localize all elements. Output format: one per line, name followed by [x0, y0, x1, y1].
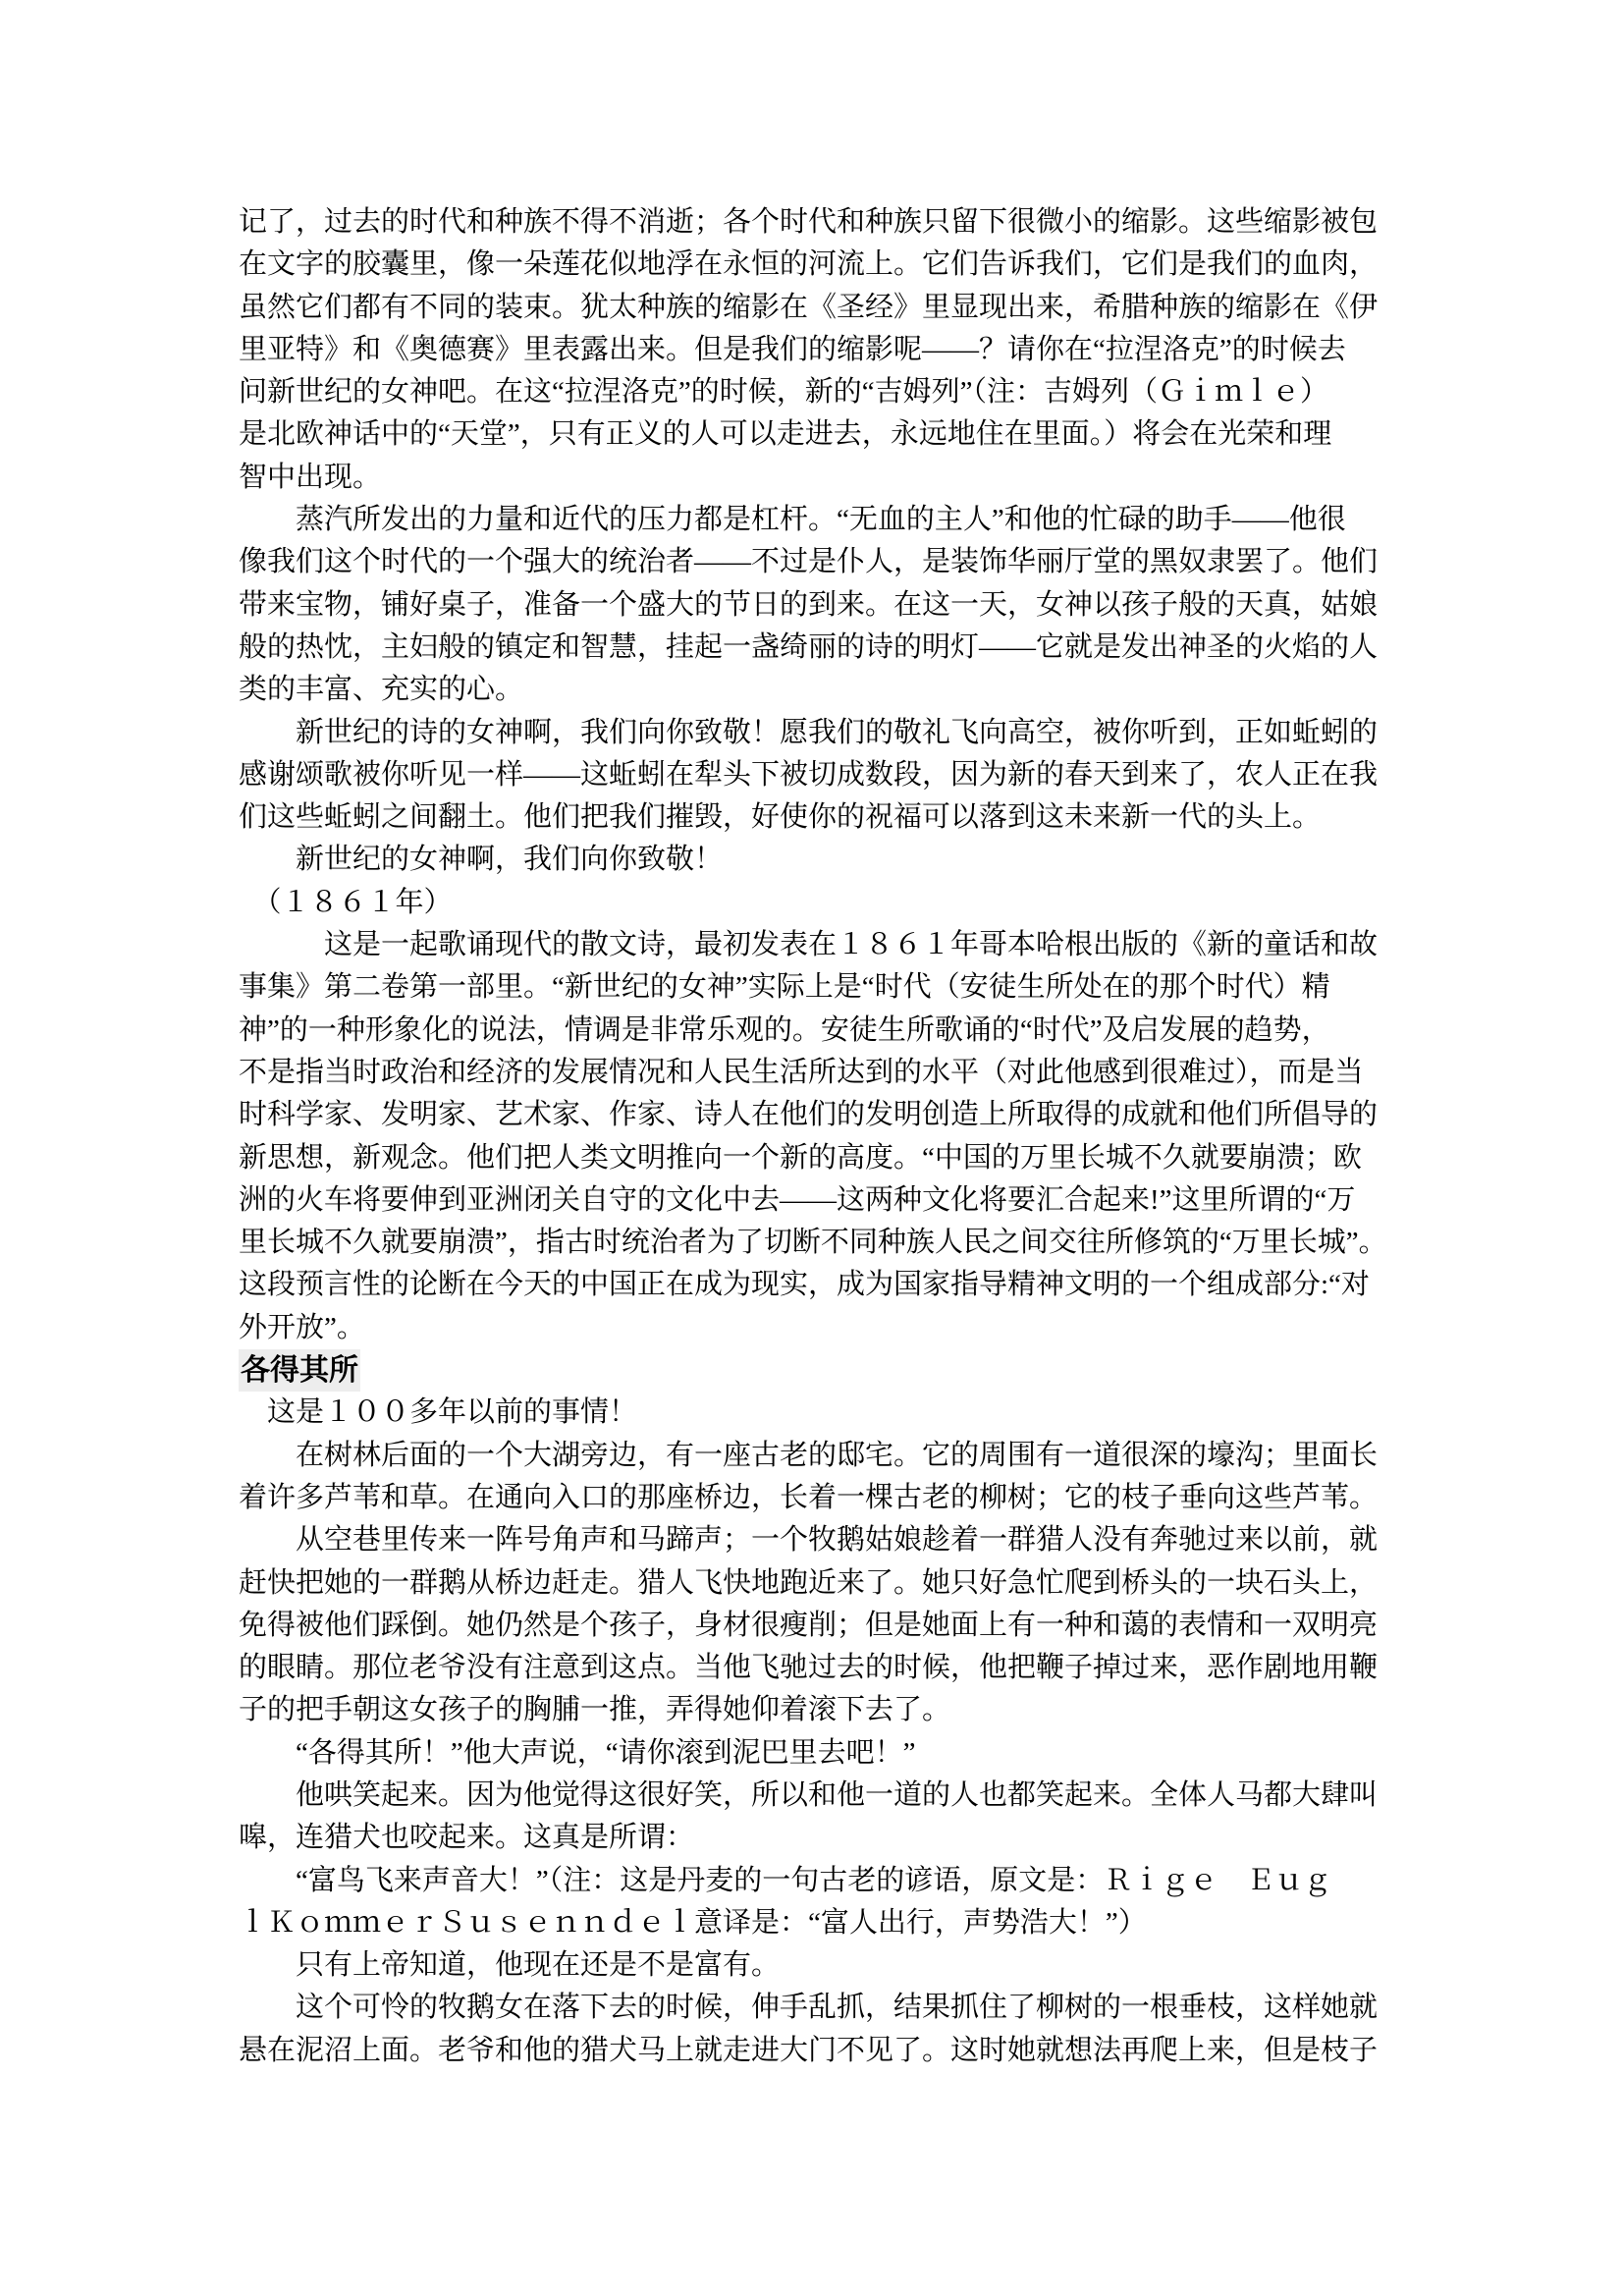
text-line: 只有上帝知道，他现在还是不是富有。 — [239, 1944, 1392, 1987]
text-line: 在树林后面的一个大湖旁边，有一座古老的邸宅。它的周围有一道很深的壕沟；里面长 — [239, 1435, 1392, 1477]
text-line: 这是一起歌诵现代的散文诗，最初发表在１８６１年哥本哈根出版的《新的童话和故 — [239, 924, 1392, 966]
section-heading-text: 各得其所 — [239, 1349, 360, 1392]
text-line: 这个可怜的牧鹅女在落下去的时候，伸手乱抓，结果抓住了柳树的一根垂枝，这样她就 — [239, 1987, 1392, 2029]
text-line: 从空巷里传来一阵号角声和马蹄声；一个牧鹅姑娘趁着一群猎人没有奔驰过来以前，就 — [239, 1519, 1392, 1561]
text-line: 免得被他们踩倒。她仍然是个孩子，身材很瘦削；但是她面上有一种和蔼的表情和一双明亮 — [239, 1605, 1392, 1647]
text-line: ｌＫｏｍｍｅｒＳｕｓｅｎｎｄｅｌ意译是：“富人出行，声势浩大！”） — [239, 1902, 1392, 1944]
text-line: 这是１００多年以前的事情！ — [239, 1392, 1392, 1434]
text-line: 的眼睛。那位老爷没有注意到这点。当他飞驰过去的时候，他把鞭子掉过来，恶作剧地用鞭 — [239, 1647, 1392, 1689]
text-line: 新思想，新观念。他们把人类文明推向一个新的高度。“中国的万里长城不久就要崩溃；欧 — [239, 1137, 1392, 1179]
text-line: 在文字的胶囊里，像一朵莲花似地浮在永恒的河流上。它们告诉我们，它们是我们的血肉， — [239, 244, 1392, 286]
text-line: “富鸟飞来声音大！”（注：这是丹麦的一句古老的谚语，原文是：Ｒｉｇｅ Ｅｕｇ — [239, 1860, 1392, 1902]
text-line: 时科学家、发明家、艺术家、作家、诗人在他们的发明创造上所取得的成就和他们所倡导的 — [239, 1094, 1392, 1136]
text-line: 感谢颂歌被你听见一样——这蚯蚓在犁头下被切成数段，因为新的春天到来了，农人正在我 — [239, 754, 1392, 796]
text-line: 洲的火车将要伸到亚洲闭关自守的文化中去——这两种文化将要汇合起来!”这里所谓的“… — [239, 1179, 1392, 1222]
text-line: 子的把手朝这女孩子的胸脯一推，弄得她仰着滚下去了。 — [239, 1689, 1392, 1731]
text-line: （１８６１年） — [239, 882, 1392, 924]
text-line: 类的丰富、充实的心。 — [239, 669, 1392, 711]
text-line: “各得其所！”他大声说，“请你滚到泥巴里去吧！” — [239, 1732, 1392, 1775]
text-line: 里长城不久就要崩溃”，指古时统治者为了切断不同种族人民之间交往所修筑的“万里长城… — [239, 1222, 1392, 1264]
text-line: 嗥，连猎犬也咬起来。这真是所谓： — [239, 1817, 1392, 1859]
text-line: 智中出现。 — [239, 457, 1392, 499]
text-line: 新世纪的女神啊，我们向你致敬！ — [239, 839, 1392, 881]
text-line: 这段预言性的论断在今天的中国正在成为现实，成为国家指导精神文明的一个组成部分:“… — [239, 1264, 1392, 1306]
text-line: 们这些蚯蚓之间翻土。他们把我们摧毁，好使你的祝福可以落到这未来新一代的头上。 — [239, 796, 1392, 839]
text-line: 蒸汽所发出的力量和近代的压力都是杠杆。“无血的主人”和他的忙碌的助手——他很 — [239, 499, 1392, 541]
text-line: 新世纪的诗的女神啊，我们向你致敬！愿我们的敬礼飞向高空，被你听到，正如蚯蚓的 — [239, 712, 1392, 754]
text-line: 像我们这个时代的一个强大的统治者——不过是仆人，是装饰华丽厅堂的黑奴隶罢了。他们 — [239, 541, 1392, 583]
document-page: 记了，过去的时代和种族不得不消逝；各个时代和种族只留下很微小的缩影。这些缩影被包… — [0, 0, 1623, 2296]
text-line: 事集》第二卷第一部里。“新世纪的女神”实际上是“时代（安徒生所处在的那个时代）精 — [239, 966, 1392, 1009]
text-line: 悬在泥沼上面。老爷和他的猎犬马上就走进大门不见了。这时她就想法再爬上来，但是枝子 — [239, 2030, 1392, 2072]
text-line: 外开放”。 — [239, 1307, 1392, 1349]
text-line: 神”的一种形象化的说法，情调是非常乐观的。安徒生所歌诵的“时代”及启发展的趋势， — [239, 1010, 1392, 1052]
text-line: 里亚特》和《奥德赛》里表露出来。但是我们的缩影呢——？请你在“拉涅洛克”的时候去 — [239, 329, 1392, 371]
text-line: 带来宝物，铺好桌子，准备一个盛大的节日的到来。在这一天，女神以孩子般的天真，姑娘 — [239, 584, 1392, 627]
text-line: 赶快把她的一群鹅从桥边赶走。猎人飞快地跑近来了。她只好急忙爬到桥头的一块石头上， — [239, 1562, 1392, 1605]
text-line: 记了，过去的时代和种族不得不消逝；各个时代和种族只留下很微小的缩影。这些缩影被包 — [239, 201, 1392, 244]
text-line: 问新世纪的女神吧。在这“拉涅洛克”的时候，新的“吉姆列”（注：吉姆列（Ｇｉｍｌｅ… — [239, 371, 1392, 413]
text-line: 着许多芦苇和草。在通向入口的那座桥边，长着一棵古老的柳树；它的枝子垂向这些芦苇。 — [239, 1477, 1392, 1519]
text-line: 虽然它们都有不同的装束。犹太种族的缩影在《圣经》里显现出来，希腊种族的缩影在《伊 — [239, 287, 1392, 329]
text-line: 般的热忱，主妇般的镇定和智慧，挂起一盏绮丽的诗的明灯——它就是发出神圣的火焰的人 — [239, 627, 1392, 669]
document-text-block: 记了，过去的时代和种族不得不消逝；各个时代和种族只留下很微小的缩影。这些缩影被包… — [239, 201, 1392, 2072]
text-line: 是北欧神话中的“天堂”，只有正义的人可以走进去，永远地住在里面。）将会在光荣和理 — [239, 413, 1392, 456]
text-line: 他哄笑起来。因为他觉得这很好笑，所以和他一道的人也都笑起来。全体人马都大肆叫 — [239, 1775, 1392, 1817]
text-line: 不是指当时政治和经济的发展情况和人民生活所达到的水平（对此他感到很难过），而是当 — [239, 1052, 1392, 1094]
section-heading: 各得其所 — [239, 1349, 1392, 1392]
